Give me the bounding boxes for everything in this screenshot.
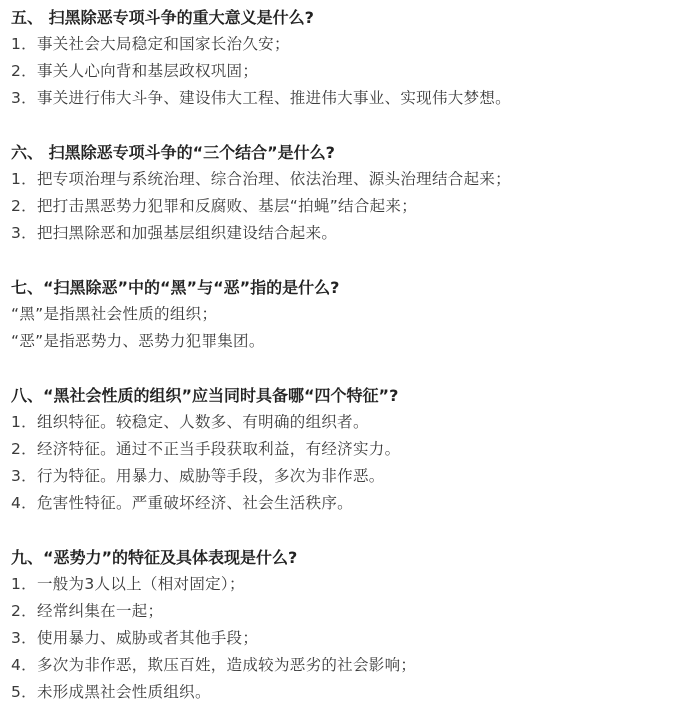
list-item: 2．经常纠集在一起； <box>11 598 696 625</box>
spacer <box>11 355 696 382</box>
list-item: 1．事关社会大局稳定和国家长治久安； <box>11 31 696 58</box>
section-heading: 九、“恶势力”的特征及具体表现是什么? <box>11 544 696 571</box>
section-four-features: 八、“黑社会性质的组织”应当同时具备哪“四个特征”? 1．组织特征。较稳定、人数… <box>11 382 696 517</box>
list-item: 3．行为特征。用暴力、威胁等手段，多次为非作恶。 <box>11 463 696 490</box>
spacer <box>11 247 696 274</box>
list-item: 4．多次为非作恶，欺压百姓，造成较为恶劣的社会影响； <box>11 652 696 679</box>
list-item: 1．把专项治理与系统治理、综合治理、依法治理、源头治理结合起来； <box>11 166 696 193</box>
article-content: 五、 扫黑除恶专项斗争的重大意义是什么? 1．事关社会大局稳定和国家长治久安； … <box>0 0 696 706</box>
section-evil-forces: 九、“恶势力”的特征及具体表现是什么? 1．一般为3人以上（相对固定）； 2．经… <box>11 544 696 706</box>
section-definitions: 七、“扫黑除恶”中的“黑”与“恶”指的是什么? “黑”是指黑社会性质的组织； “… <box>11 274 696 355</box>
section-significance: 五、 扫黑除恶专项斗争的重大意义是什么? 1．事关社会大局稳定和国家长治久安； … <box>11 4 696 112</box>
spacer <box>11 517 696 544</box>
list-item: 2．把打击黑恶势力犯罪和反腐败、基层“拍蝇”结合起来； <box>11 193 696 220</box>
list-item: “黑”是指黑社会性质的组织； <box>11 301 696 328</box>
section-heading: 五、 扫黑除恶专项斗争的重大意义是什么? <box>11 4 696 31</box>
list-item: 1．组织特征。较稳定、人数多、有明确的组织者。 <box>11 409 696 436</box>
list-item: “恶”是指恶势力、恶势力犯罪集团。 <box>11 328 696 355</box>
list-item: 2．经济特征。通过不正当手段获取利益，有经济实力。 <box>11 436 696 463</box>
list-item: 2．事关人心向背和基层政权巩固； <box>11 58 696 85</box>
list-item: 3．使用暴力、威胁或者其他手段； <box>11 625 696 652</box>
list-item: 4．危害性特征。严重破坏经济、社会生活秩序。 <box>11 490 696 517</box>
list-item: 1．一般为3人以上（相对固定）； <box>11 571 696 598</box>
section-heading: 七、“扫黑除恶”中的“黑”与“恶”指的是什么? <box>11 274 696 301</box>
section-three-combinations: 六、 扫黑除恶专项斗争的“三个结合”是什么? 1．把专项治理与系统治理、综合治理… <box>11 139 696 247</box>
list-item: 3．把扫黑除恶和加强基层组织建设结合起来。 <box>11 220 696 247</box>
list-item: 3．事关进行伟大斗争、建设伟大工程、推进伟大事业、实现伟大梦想。 <box>11 85 696 112</box>
spacer <box>11 112 696 139</box>
section-heading: 六、 扫黑除恶专项斗争的“三个结合”是什么? <box>11 139 696 166</box>
section-heading: 八、“黑社会性质的组织”应当同时具备哪“四个特征”? <box>11 382 696 409</box>
list-item: 5．未形成黑社会性质组织。 <box>11 679 696 706</box>
